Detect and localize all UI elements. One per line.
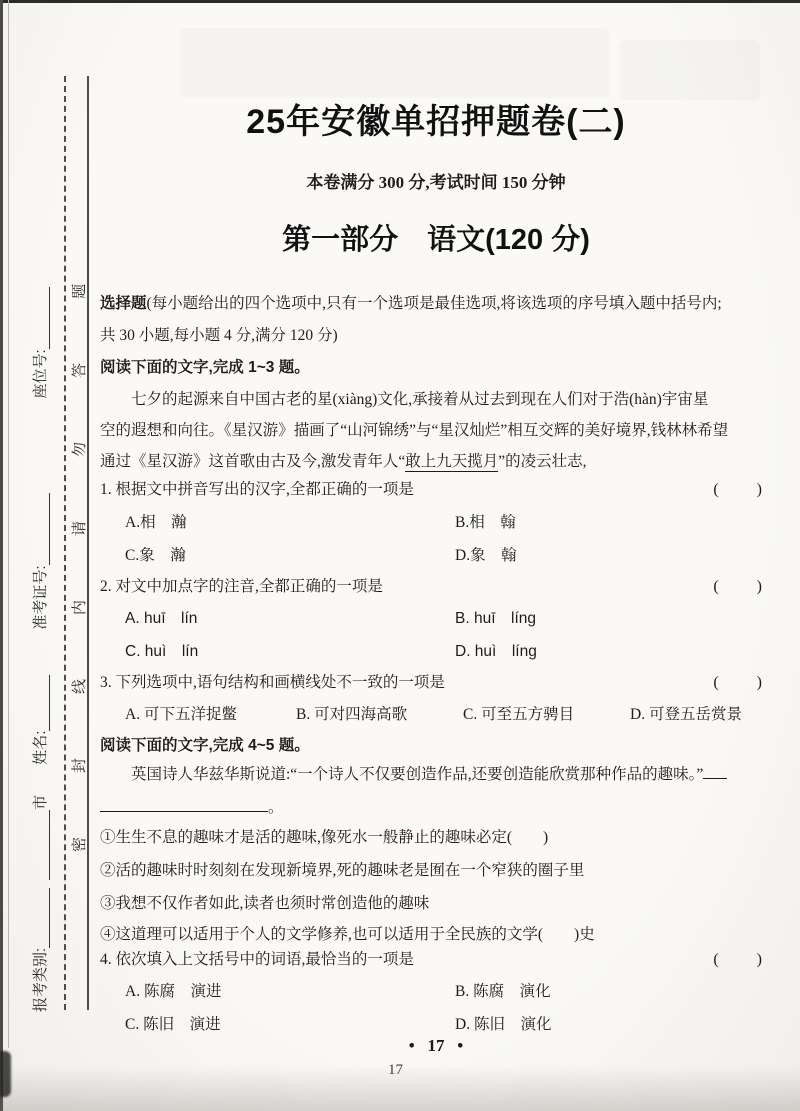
passage2-line1: 英国诗人华兹华斯说道:“一个诗人不仅要创造作品,还要创造能欣赏那种作品的趣味。” bbox=[100, 763, 772, 787]
passage1-underlined-phrase: 敢上九天揽月 bbox=[405, 453, 498, 472]
choice-instructions-line2: 共 30 小题,每小题 4 分,满分 120 分) bbox=[100, 324, 772, 348]
question-4-answer-bracket: ( ) bbox=[713, 948, 764, 972]
question-3-stem-row: 3. 下列选项中,语句结构和画横线处不一致的一项是 ( ) bbox=[100, 671, 772, 695]
admission-no-label: 准考证号: bbox=[29, 565, 50, 629]
seal-char: 密 bbox=[68, 837, 89, 852]
question-4-stem-row: 4. 依次填入上文括号中的词语,最恰当的一项是 ( ) bbox=[100, 948, 772, 972]
seal-char: 请 bbox=[68, 521, 89, 536]
footer-page-decorated: • 17 • bbox=[100, 1036, 772, 1056]
question-3-option-b: B. 可对四海高歌 bbox=[296, 703, 407, 727]
passage1-line3-post: ”的凌云壮志, bbox=[498, 453, 586, 470]
question-1-option-b: B.相 翰 bbox=[455, 511, 516, 535]
city-blank bbox=[35, 810, 50, 880]
choice-instructions-rest: (每小题给出的四个选项中,只有一个选项是最佳选项,将该选项的序号填入题中括号内; bbox=[147, 295, 722, 312]
passage2-blank-short bbox=[703, 764, 727, 779]
passage1-line2: 空的遐想和向往。《星汉游》描画了“山河锦绣”与“星汉灿烂”相互交辉的美好境界,钱… bbox=[100, 419, 772, 443]
question-4-option-d: D. 陈旧 演化 bbox=[455, 1013, 551, 1037]
question-4-option-b: B. 陈腐 演化 bbox=[455, 980, 551, 1004]
passage2-item4-bracket: ( ) bbox=[538, 926, 579, 943]
passage2-item4-suffix: 史 bbox=[579, 926, 595, 943]
choice-instructions-line1: 选择题(每小题给出的四个选项中,只有一个选项是最佳选项,将该选项的序号填入题中括… bbox=[100, 292, 772, 316]
exam-paper-page: 报考类别: 市 姓名: 准考证号: 座位号: 密 封 线 内 请 勿 答 题 2… bbox=[0, 0, 800, 1111]
passage2-blank-long bbox=[100, 797, 268, 812]
question-3-option-c: C. 可至五方骋目 bbox=[463, 703, 574, 727]
passage2-item1-text: ①生生不息的趣味才是活的趣味,像死水一般静止的趣味必定 bbox=[100, 829, 507, 846]
paper-title: 25年安徽单招押题卷(二) bbox=[100, 94, 772, 143]
passage2-item1: ①生生不息的趣味才是活的趣味,像死水一般静止的趣味必定( ) bbox=[100, 826, 772, 850]
passage2-item3: ③我想不仅作者如此,读者也须时常创造他的趣味 bbox=[100, 892, 772, 916]
passage1-line3: 通过《星汉游》这首歌由古及今,激发青年人“敢上九天揽月”的凌云壮志, bbox=[100, 450, 772, 474]
question-1-answer-bracket: ( ) bbox=[713, 478, 764, 502]
question-3-answer-bracket: ( ) bbox=[713, 671, 764, 695]
question-1-stem: 1. 根据文中拼音写出的汉字,全都正确的一项是 bbox=[100, 481, 414, 498]
seal-char: 内 bbox=[68, 600, 89, 615]
passage2-item1-bracket: ( ) bbox=[507, 829, 548, 846]
question-3-stem: 3. 下列选项中,语句结构和画横线处不一致的一项是 bbox=[100, 674, 445, 691]
passage1-line3-pre: 通过《星汉游》这首歌由古及今,激发青年人“ bbox=[100, 453, 405, 470]
question-2-option-d: D. huì líng bbox=[455, 640, 537, 664]
question-2-option-a: A. huī lín bbox=[125, 607, 197, 631]
reading1-heading: 阅读下面的文字,完成 1~3 题。 bbox=[100, 356, 772, 380]
question-2-option-c: C. huì lín bbox=[125, 640, 198, 664]
seal-char: 线 bbox=[68, 679, 89, 694]
seal-char: 封 bbox=[68, 758, 89, 773]
passage2-quote: 英国诗人华兹华斯说道:“一个诗人不仅要创造作品,还要创造能欣赏那种作品的趣味。” bbox=[131, 766, 703, 783]
seat-no-blank bbox=[35, 287, 50, 349]
paper-subtitle: 本卷满分 300 分,考试时间 150 分钟 bbox=[100, 168, 772, 193]
question-3-option-d: D. 可登五岳赏景 bbox=[630, 703, 742, 727]
seal-char: 勿 bbox=[68, 442, 89, 457]
choice-instructions-prefix: 选择题 bbox=[100, 295, 147, 312]
scan-edge-left bbox=[0, 0, 3, 1111]
passage2-item4-text: ④这道理可以适用于个人的文学修养,也可以适用于全民族的文学 bbox=[100, 926, 538, 943]
question-4-stem: 4. 依次填入上文括号中的词语,最恰当的一项是 bbox=[100, 951, 414, 968]
seal-char: 题 bbox=[68, 284, 89, 299]
question-4-option-a: A. 陈腐 演进 bbox=[125, 980, 221, 1004]
passage2-blank-row: 。 bbox=[100, 796, 772, 820]
passage2-item2: ②活的趣味时时刻刻在发现新境界,死的趣味老是囿在一个窄狭的圈子里 bbox=[100, 859, 772, 883]
passage2-period: 。 bbox=[268, 799, 284, 816]
question-2-option-b: B. huī líng bbox=[455, 607, 536, 631]
report-category-blank bbox=[35, 888, 50, 948]
question-4-option-c: C. 陈旧 演进 bbox=[125, 1013, 221, 1037]
city-label: 市 bbox=[29, 795, 50, 810]
question-1-option-d: D.象 翰 bbox=[455, 544, 517, 568]
section-title: 第一部分 语文(120 分) bbox=[100, 217, 772, 258]
question-1-stem-row: 1. 根据文中拼音写出的汉字,全都正确的一项是 ( ) bbox=[100, 478, 772, 502]
page-border-line bbox=[8, 0, 9, 1048]
admission-no-blank bbox=[35, 493, 50, 565]
question-1-option-c: C.象 瀚 bbox=[125, 544, 186, 568]
name-blank bbox=[35, 675, 50, 731]
report-category-label: 报考类别: bbox=[29, 948, 50, 1012]
reading2-heading: 阅读下面的文字,完成 4~5 题。 bbox=[100, 734, 772, 758]
question-3-option-a: A. 可下五洋捉鳖 bbox=[125, 703, 237, 727]
question-1-option-a: A.相 瀚 bbox=[125, 511, 187, 535]
examinee-info-strip: 报考类别: 市 姓名: 准考证号: 座位号: bbox=[29, 112, 50, 1012]
seat-no-label: 座位号: bbox=[29, 349, 50, 398]
scan-blotch-bottom-left bbox=[0, 1051, 11, 1097]
seal-char: 答 bbox=[68, 363, 89, 378]
exam-content: 25年安徽单招押题卷(二) 本卷满分 300 分,考试时间 150 分钟 第一部… bbox=[100, 0, 772, 1111]
question-2-stem-row: 2. 对文中加点字的注音,全都正确的一项是 ( ) bbox=[100, 575, 772, 599]
question-2-stem: 2. 对文中加点字的注音,全都正确的一项是 bbox=[100, 578, 383, 595]
footer-page-number: 17 bbox=[388, 1062, 403, 1079]
seal-dashed-line bbox=[64, 76, 66, 1010]
passage2-item4: ④这道理可以适用于个人的文学修养,也可以适用于全民族的文学( )史 bbox=[100, 923, 772, 947]
name-label: 姓名: bbox=[29, 731, 50, 765]
question-2-answer-bracket: ( ) bbox=[713, 575, 764, 599]
seal-line-text: 密 封 线 内 请 勿 答 题 bbox=[68, 192, 89, 852]
passage1-line1: 七夕的起源来自中国古老的星(xiàng)文化,承接着从过去到现在人们对于浩(hà… bbox=[100, 388, 772, 412]
